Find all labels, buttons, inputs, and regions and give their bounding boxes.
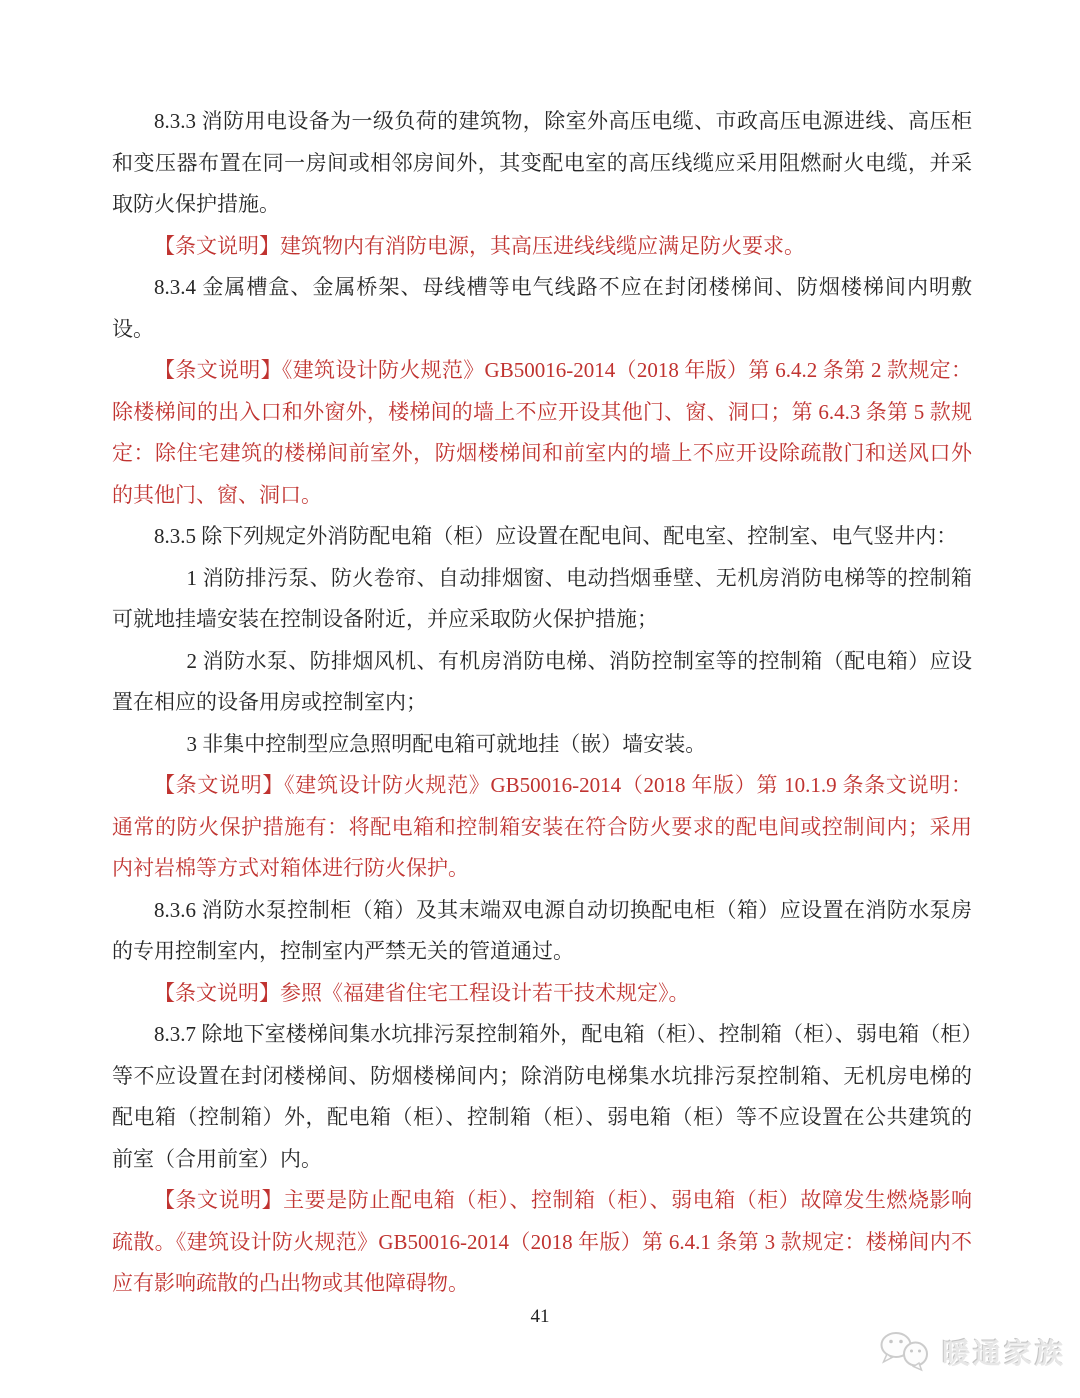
explanation-paragraph: 【条文说明】《建筑设计防火规范》GB50016-2014（2018 年版）第 6…: [112, 350, 972, 516]
clause-paragraph: 8.3.5 除下列规定外消防配电箱（柜）应设置在配电间、配电室、控制室、电气竖井…: [112, 516, 972, 558]
subitem-paragraph: 1 消防排污泵、防火卷帘、自动排烟窗、电动挡烟垂壁、无机房消防电梯等的控制箱可就…: [112, 558, 972, 641]
clause-paragraph: 8.3.7 除地下室楼梯间集水坑排污泵控制箱外，配电箱（柜）、控制箱（柜）、弱电…: [112, 1014, 972, 1180]
explanation-paragraph: 【条文说明】《建筑设计防火规范》GB50016-2014（2018 年版）第 1…: [112, 765, 972, 890]
wechat-icon: [878, 1330, 932, 1374]
document-body: 8.3.3 消防用电设备为一级负荷的建筑物，除室外高压电缆、市政高压电源进线、高…: [112, 101, 972, 1305]
watermark: 暖通家族: [878, 1330, 1066, 1374]
clause-paragraph: 8.3.4 金属槽盒、金属桥架、母线槽等电气线路不应在封闭楼梯间、防烟楼梯间内明…: [112, 267, 972, 350]
explanation-paragraph: 【条文说明】参照《福建省住宅工程设计若干技术规定》。: [112, 973, 972, 1015]
explanation-paragraph: 【条文说明】主要是防止配电箱（柜）、控制箱（柜）、弱电箱（柜）故障发生燃烧影响疏…: [112, 1180, 972, 1305]
subitem-paragraph: 3 非集中控制型应急照明配电箱可就地挂（嵌）墙安装。: [112, 724, 972, 766]
watermark-label: 暖通家族: [942, 1332, 1066, 1372]
clause-paragraph: 8.3.3 消防用电设备为一级负荷的建筑物，除室外高压电缆、市政高压电源进线、高…: [112, 101, 972, 226]
subitem-paragraph: 2 消防水泵、防排烟风机、有机房消防电梯、消防控制室等的控制箱（配电箱）应设置在…: [112, 641, 972, 724]
clause-paragraph: 8.3.6 消防水泵控制柜（箱）及其末端双电源自动切换配电柜（箱）应设置在消防水…: [112, 890, 972, 973]
explanation-paragraph: 【条文说明】建筑物内有消防电源，其高压进线线缆应满足防火要求。: [112, 226, 972, 268]
page-number: 41: [0, 1306, 1080, 1328]
